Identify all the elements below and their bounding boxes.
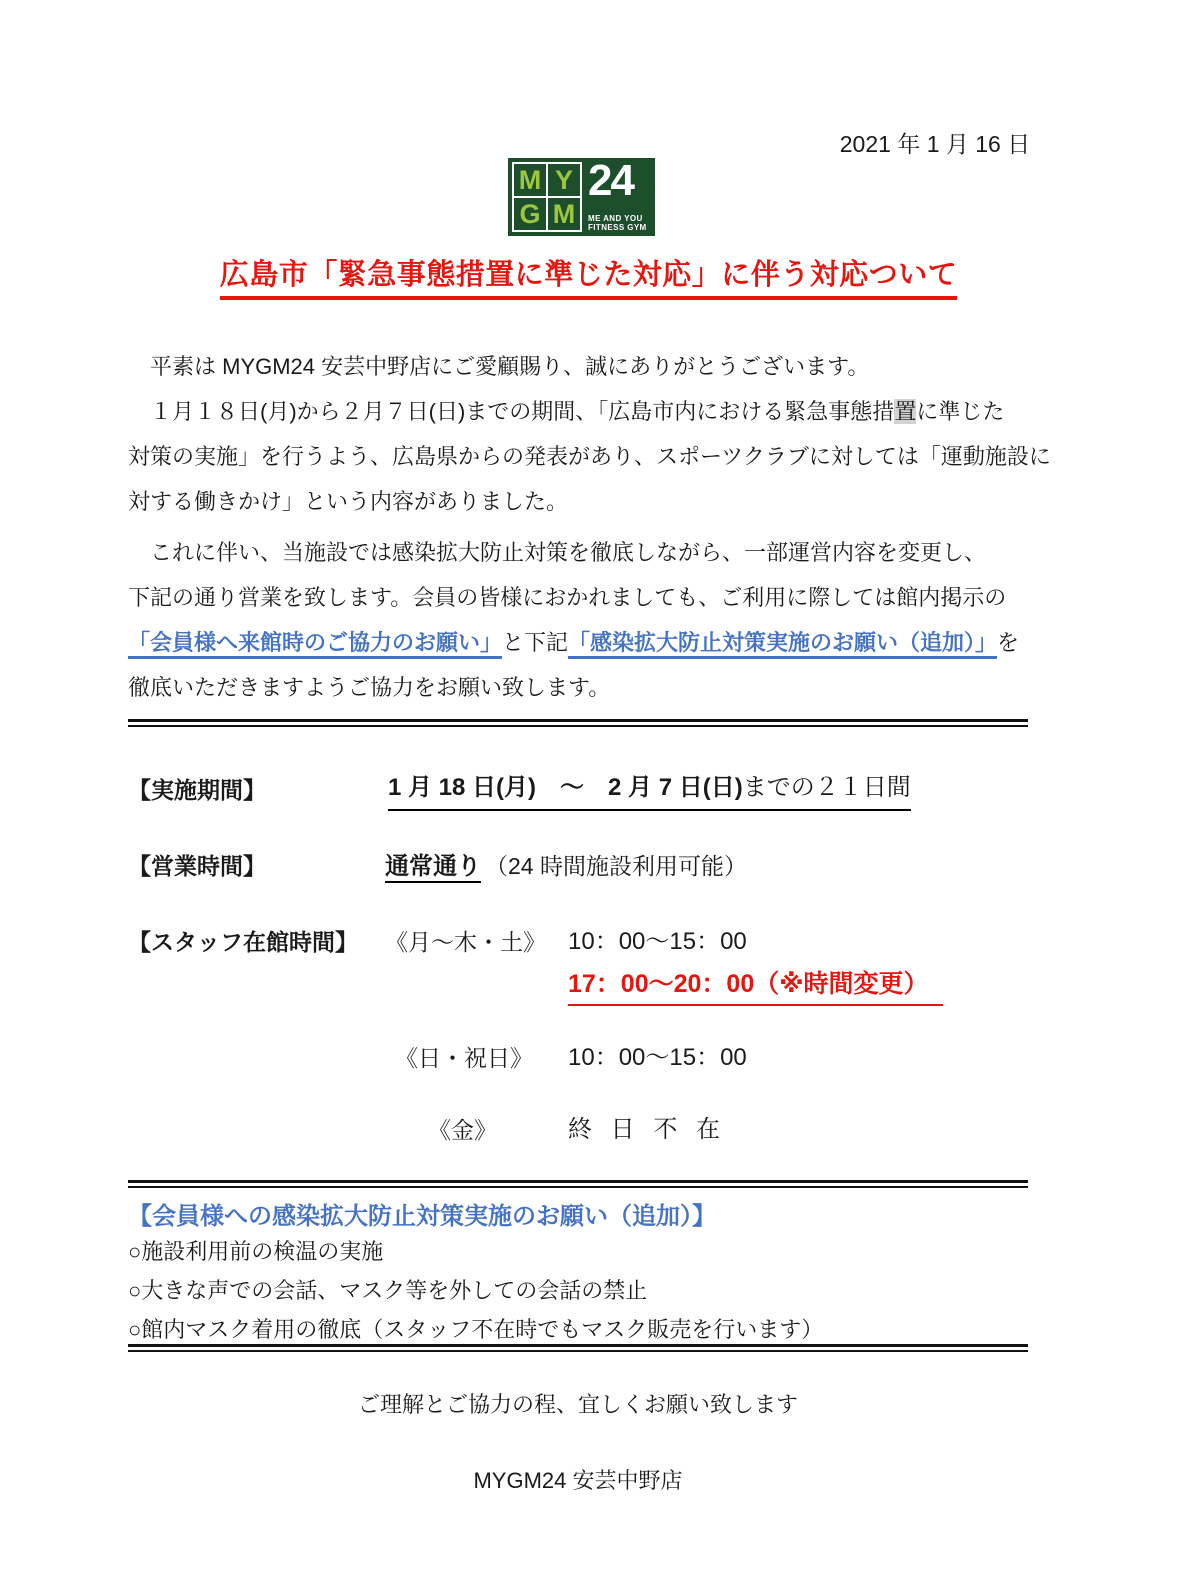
staff-time-weekday-morning: 10：00～15：00 — [568, 920, 747, 964]
hours-label: 【営業時間】 — [128, 844, 266, 888]
logo-tagline-line2: FITNESS GYM — [588, 223, 647, 232]
intro-p2-line3: 「会員様へ来館時のご協力のお願い」と下記「感染拡大防止対策実施のお願い（追加）」… — [128, 620, 1058, 665]
mygm24-logo: M Y G M 24 ME AND YOU FITNESS GYM — [508, 158, 655, 236]
document-date: 2021 年 1 月 16 日 — [830, 126, 1040, 159]
schedule-row-hours: 【営業時間】 通常通り（24 時間施設利用可能） — [128, 844, 1058, 888]
notice-page: 2021 年 1 月 16 日 M Y G M 24 ME AND YOU FI… — [0, 0, 1177, 1576]
intro-p2-line3-mid: と下記 — [502, 630, 568, 655]
staff-hours-label: 【スタッフ在館時間】 — [128, 920, 358, 964]
period-value-dates: 1 月 18 日(月) ～ 2 月 7 日(日) — [388, 774, 743, 801]
notice-item-list: ○施設利用前の検温の実施 ○大きな声での会話、マスク等を外しての会話の禁止 ○館… — [128, 1232, 823, 1349]
staff-time-friday-absent: 終 日 不 在 — [568, 1108, 726, 1152]
title-row: 広島市「緊急事態措置に準じた対応」に伴う対応ついて — [0, 252, 1177, 300]
intro-p2-line4: 徹底いただきますようご協力をお願い致します。 — [128, 665, 1058, 710]
intro-p2-line2: 下記の通り営業を致します。会員の皆様におかれましても、ご利用に際しては館内掲示の — [128, 575, 1058, 620]
staff-time-sunday-holiday: 10：00～15：00 — [568, 1036, 747, 1080]
hours-value-main: 通常通り — [385, 853, 481, 883]
intro-paragraph-2: これに伴い、当施設では感染拡大防止対策を徹底しながら、一部運営内容を変更し、 下… — [128, 530, 1058, 710]
page-title: 広島市「緊急事態措置に準じた対応」に伴う対応ついて — [220, 252, 958, 300]
logo-letter-m1: M — [514, 164, 546, 196]
staff-day-friday: 《金》 — [428, 1108, 497, 1152]
logo-right-panel: 24 ME AND YOU FITNESS GYM — [582, 162, 651, 232]
period-value: 1 月 18 日(月) ～ 2 月 7 日(日)までの２１日間 — [388, 768, 911, 811]
notice-item-temperature-check: ○施設利用前の検温の実施 — [128, 1232, 823, 1271]
intro-p1-line2-c: に準じた — [916, 399, 1004, 424]
hours-value-note: （24 時間施設利用可能） — [485, 853, 747, 879]
closing-thanks-text: ご理解とご協力の程、宜しくお願い致します — [128, 1388, 1028, 1419]
period-value-duration: までの２１日間 — [743, 774, 911, 801]
schedule-row-staff-friday: 《金》 終 日 不 在 — [128, 1108, 1058, 1152]
logo-number-24: 24 — [588, 160, 647, 202]
intro-p2-line1: これに伴い、当施設では感染拡大防止対策を徹底しながら、一部運営内容を変更し、 — [128, 530, 1058, 575]
logo-tagline: ME AND YOU FITNESS GYM — [588, 214, 647, 232]
divider-double-line-top — [128, 719, 1028, 727]
schedule-row-staff-weekday-changed: 17：00～20：00（※時間変更） — [128, 964, 1058, 1008]
logo-letter-m2: M — [548, 198, 580, 230]
intro-p2-line3-end: を — [997, 630, 1019, 655]
logo-letter-grid: M Y G M — [512, 162, 582, 232]
notice-heading: 【会員様への感染拡大防止対策実施のお願い（追加）】 — [128, 1196, 716, 1231]
link-infection-prevention-request[interactable]: 「感染拡大防止対策実施のお願い（追加）」 — [568, 630, 997, 659]
link-visit-cooperation-request[interactable]: 「会員様へ来館時のご協力のお願い」 — [128, 630, 502, 659]
intro-paragraph-1: 平素は MYGM24 安芸中野店にご愛顧賜り、誠にありがとうございます。 １月１… — [128, 344, 1058, 524]
schedule-row-staff-sunday: 《日・祝日》 10：00～15：00 — [128, 1036, 1058, 1080]
intro-p1-line2-highlighted-char: 置 — [894, 399, 916, 424]
notice-item-no-loud-talking: ○大きな声での会話、マスク等を外しての会話の禁止 — [128, 1271, 823, 1310]
intro-p1-line1: 平素は MYGM24 安芸中野店にご愛顧賜り、誠にありがとうございます。 — [128, 344, 1058, 389]
signature-store-name: MYGM24 安芸中野店 — [128, 1464, 1028, 1495]
intro-p1-line2: １月１８日(月)から２月７日(日)までの期間、「広島市内における緊急事態措置に準… — [128, 389, 1058, 434]
staff-time-weekday-evening-changed: 17：00～20：00（※時間変更） — [568, 964, 943, 1006]
logo-letter-g: G — [514, 198, 546, 230]
intro-p1-line4: 対する働きかけ」という内容がありました。 — [128, 479, 1058, 524]
staff-day-weekday: 《月～木・土》 — [385, 920, 546, 964]
period-label: 【実施期間】 — [128, 768, 266, 812]
logo-tagline-line1: ME AND YOU — [588, 214, 647, 223]
intro-p1-line2-a: １月１８日(月)から２月７日(日)までの期間、「広島市内における緊急事態措 — [128, 399, 894, 424]
divider-double-line-middle — [128, 1180, 1028, 1188]
intro-p1-line3: 対策の実施」を行うよう、広島県からの発表があり、スポーツクラブに対しては「運動施… — [128, 434, 1058, 479]
logo-letter-y: Y — [548, 164, 580, 196]
hours-value: 通常通り（24 時間施設利用可能） — [385, 844, 747, 889]
divider-double-line-bottom — [128, 1344, 1028, 1352]
schedule-row-period: 【実施期間】 1 月 18 日(月) ～ 2 月 7 日(日)までの２１日間 — [128, 768, 1058, 812]
schedule-row-staff-weekday: 【スタッフ在館時間】 《月～木・土》 10：00～15：00 — [128, 920, 1058, 964]
staff-day-sunday-holiday: 《日・祝日》 — [395, 1036, 533, 1080]
